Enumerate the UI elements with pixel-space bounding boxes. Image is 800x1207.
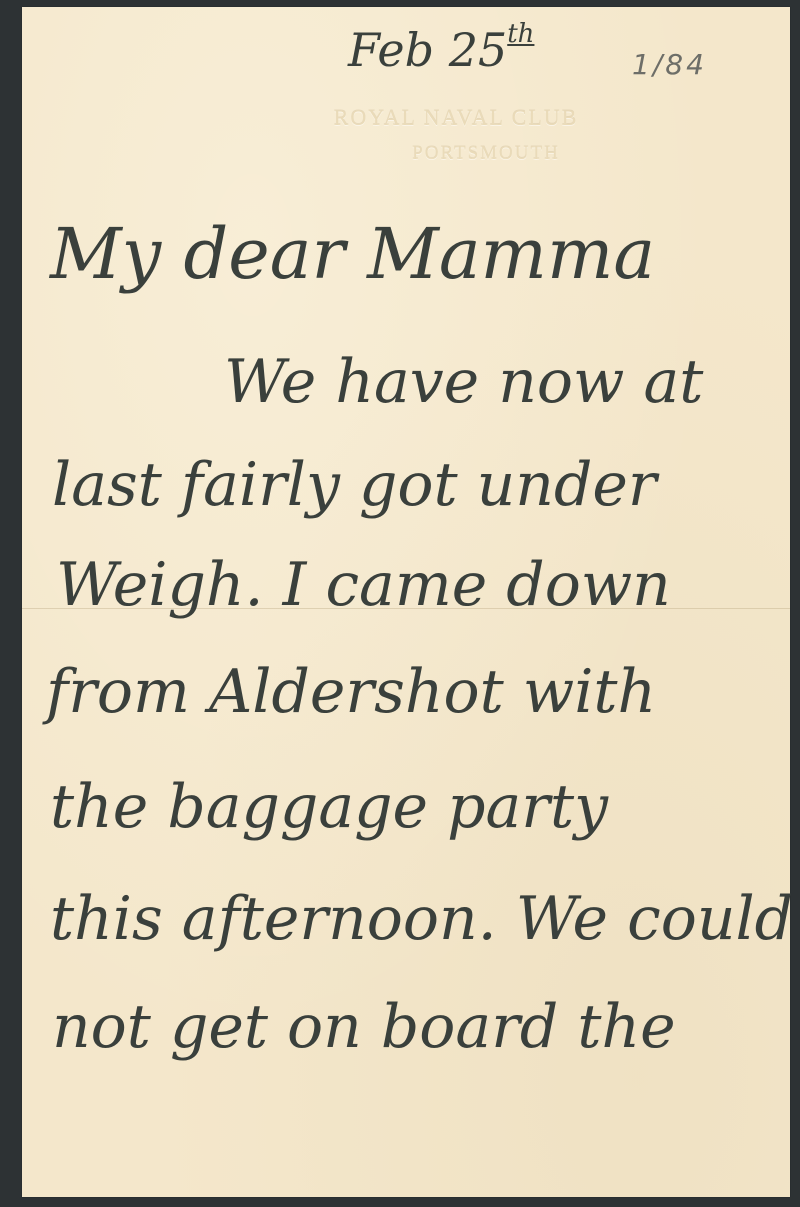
archive-folio-number: 1/84	[632, 51, 707, 79]
body-line: We have now at	[224, 352, 703, 412]
body-line: not get on board the	[52, 997, 676, 1057]
salutation: My dear Mamma	[50, 219, 655, 289]
letter-date: Feb 25th	[348, 27, 534, 73]
body-line: this afternoon. We could	[50, 889, 793, 949]
letter-page: ROYAL NAVAL CLUB PORTSMOUTH Feb 25th 1/8…	[22, 7, 790, 1197]
body-line: Weigh. I came down	[56, 555, 671, 615]
body-line: last fairly got under	[52, 455, 657, 515]
body-line: from Aldershot with	[46, 662, 656, 722]
date-month-day: Feb 25	[348, 23, 507, 77]
embossed-letterhead-town: PORTSMOUTH	[102, 143, 800, 165]
embossed-letterhead-club: ROYAL NAVAL CLUB	[72, 105, 800, 131]
date-suffix: th	[507, 19, 534, 49]
body-line: the baggage party	[50, 777, 608, 837]
scan-backdrop: ROYAL NAVAL CLUB PORTSMOUTH Feb 25th 1/8…	[0, 0, 800, 1207]
